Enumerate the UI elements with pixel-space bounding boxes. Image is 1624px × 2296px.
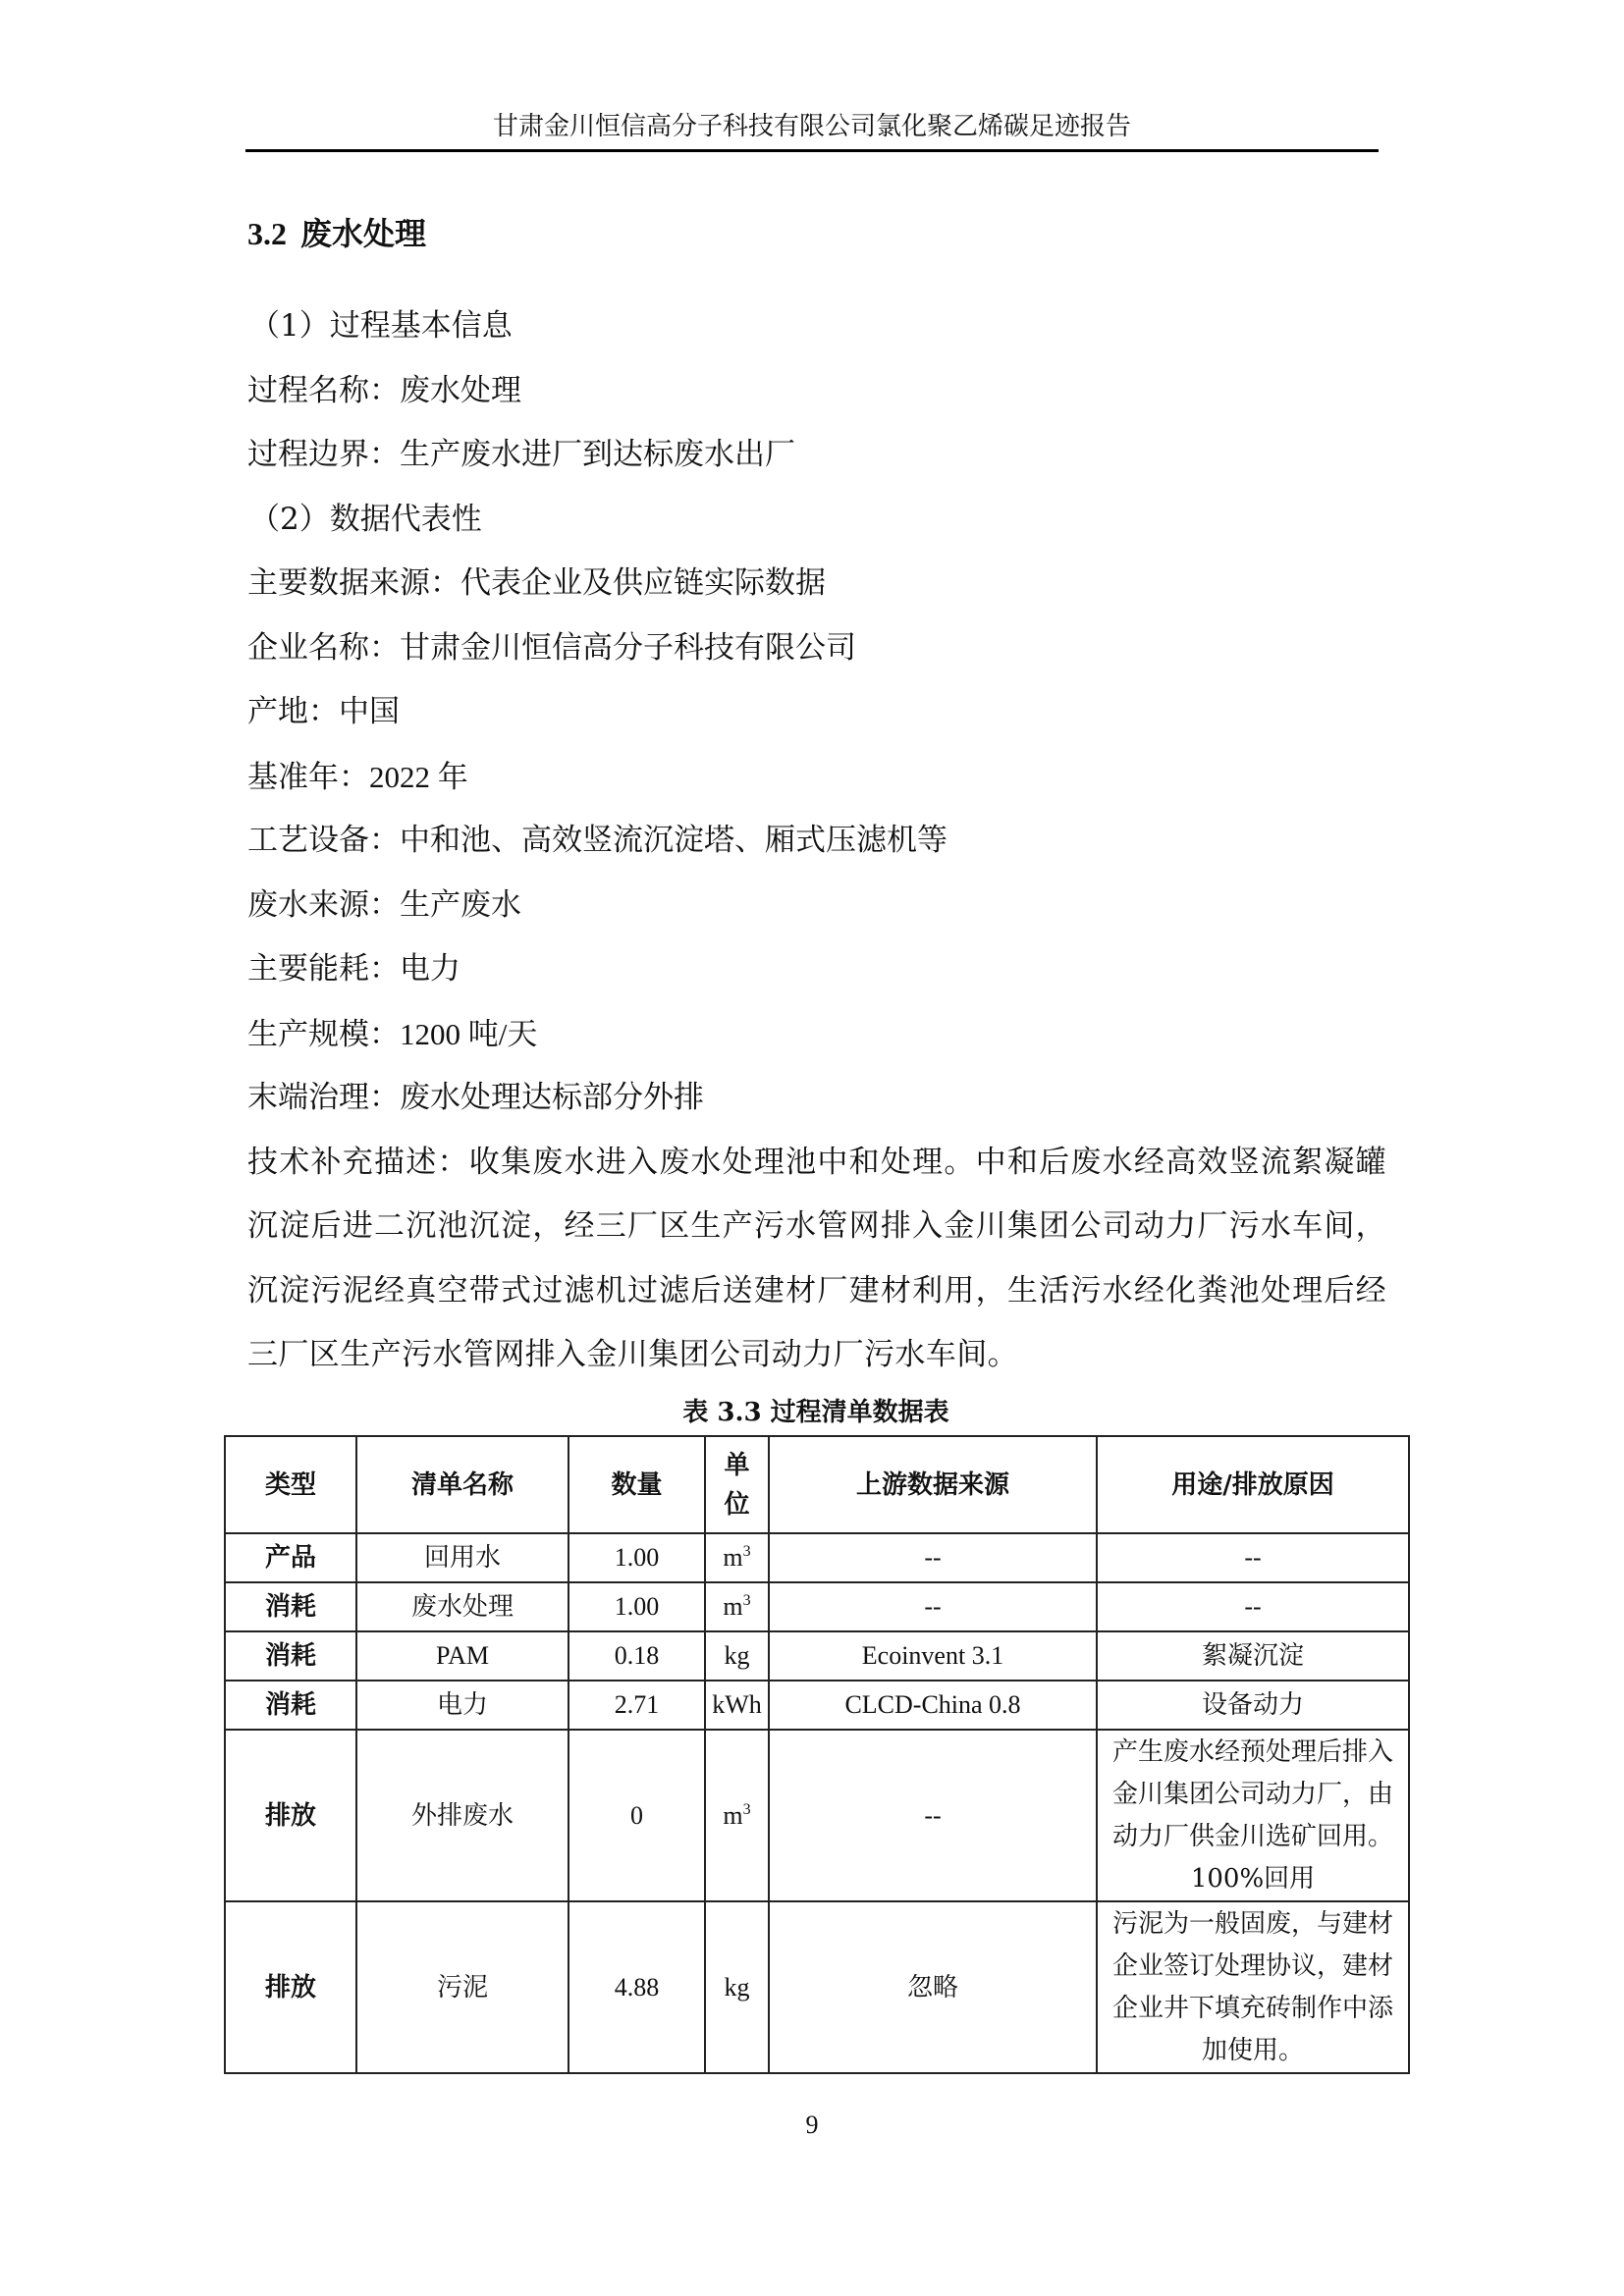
cell-unit: m3: [705, 1730, 769, 1901]
unit-superscript: 3: [743, 1801, 751, 1818]
cell-quantity: 4.88: [568, 1901, 705, 2073]
field-label: 产地：: [247, 694, 339, 729]
field-scale: 生产规模：1200 吨/天: [247, 1002, 1386, 1067]
cell-quantity: 1.00: [568, 1582, 705, 1631]
field-wastewater-source: 废水来源：生产废水: [247, 874, 1386, 938]
unit-base: m: [723, 1543, 742, 1572]
cell-unit: kg: [705, 1901, 769, 2073]
section-heading: 废水处理: [300, 215, 426, 252]
column-header-reason: 用途/排放原因: [1097, 1436, 1409, 1533]
table-row: 产品 回用水 1.00 m3 -- --: [225, 1533, 1409, 1582]
header-rule: [245, 149, 1379, 152]
field-label: 企业名称：: [247, 630, 400, 666]
table-row: 消耗 PAM 0.18 kg Ecoinvent 3.1 絮凝沉淀: [225, 1631, 1409, 1681]
table-row: 消耗 电力 2.71 kWh CLCD-China 0.8 设备动力: [225, 1681, 1409, 1730]
column-header-source: 上游数据来源: [769, 1436, 1097, 1533]
field-company-name: 企业名称：甘肃金川恒信高分子科技有限公司: [247, 616, 1386, 681]
cell-type: 排放: [225, 1730, 356, 1901]
unit-superscript: 3: [743, 1543, 751, 1560]
field-value: 中和池、高效竖流沉淀塔、厢式压滤机等: [400, 823, 947, 858]
document-body: （1）过程基本信息 过程名称：废水处理 过程边界：生产废水进厂到达标废水出厂 （…: [247, 294, 1386, 1388]
cell-type: 消耗: [225, 1681, 356, 1730]
cell-source: --: [769, 1533, 1097, 1582]
column-header-name: 清单名称: [356, 1436, 568, 1533]
subheading-data-representativeness: （2）数据代表性: [247, 488, 1386, 553]
field-value: 生产废水: [400, 887, 521, 923]
page-number: 9: [0, 2110, 1624, 2140]
section-title: 3.2废水处理: [247, 214, 426, 253]
cell-reason: 产生废水经预处理后排入金川集团公司动力厂，由动力厂供金川选矿回用。100%回用: [1097, 1730, 1409, 1901]
table-header-row: 类型 清单名称 数量 单位 上游数据来源 用途/排放原因: [225, 1436, 1409, 1533]
field-base-year: 基准年：2022 年: [247, 745, 1386, 810]
cell-reason: 污泥为一般固废，与建材企业签订处理协议，建材企业井下填充砖制作中添加使用。: [1097, 1901, 1409, 2073]
cell-type: 产品: [225, 1533, 356, 1582]
field-label: 过程边界：: [247, 437, 400, 472]
cell-quantity: 0.18: [568, 1631, 705, 1681]
process-inventory-table: 类型 清单名称 数量 单位 上游数据来源 用途/排放原因 产品 回用水 1.00…: [224, 1435, 1410, 2074]
cell-reason: 设备动力: [1097, 1681, 1409, 1730]
cell-name: 电力: [356, 1681, 568, 1730]
field-label: 主要能耗：: [247, 951, 400, 987]
line-label: （1）过程基本信息: [249, 308, 513, 344]
field-energy: 主要能耗：电力: [247, 937, 1386, 1002]
field-value: 中国: [339, 694, 400, 729]
cell-source: --: [769, 1730, 1097, 1901]
field-value: 废水处理: [400, 373, 521, 408]
cell-name: 污泥: [356, 1901, 568, 2073]
field-value: 废水处理达标部分外排: [400, 1080, 704, 1115]
field-value: 2022 年: [369, 760, 468, 794]
cell-name: 废水处理: [356, 1582, 568, 1631]
unit-base: m: [723, 1592, 742, 1621]
line-label: （2）数据代表性: [249, 502, 482, 537]
field-value: 1200 吨/天: [400, 1017, 537, 1051]
field-label: 工艺设备：: [247, 823, 400, 858]
subheading-basic-info: （1）过程基本信息: [247, 294, 1386, 359]
field-label: 末端治理：: [247, 1080, 400, 1115]
cell-source: Ecoinvent 3.1: [769, 1631, 1097, 1681]
cell-source: CLCD-China 0.8: [769, 1681, 1097, 1730]
unit-base: kg: [725, 1641, 750, 1670]
field-label: 废水来源：: [247, 887, 400, 923]
cell-quantity: 0: [568, 1730, 705, 1901]
cell-name: PAM: [356, 1631, 568, 1681]
tech-description: 技术补充描述：收集废水进入废水处理池中和处理。中和后废水经高效竖流絮凝罐沉淀后进…: [247, 1131, 1386, 1388]
field-value: 代表企业及供应链实际数据: [460, 565, 826, 601]
table-caption: 表 3.3 过程清单数据表: [224, 1396, 1408, 1429]
cell-unit: m3: [705, 1533, 769, 1582]
cell-type: 消耗: [225, 1631, 356, 1681]
cell-quantity: 2.71: [568, 1681, 705, 1730]
cell-reason: --: [1097, 1533, 1409, 1582]
field-label: 过程名称：: [247, 373, 400, 408]
field-value: 生产废水进厂到达标废水出厂: [400, 437, 795, 472]
cell-unit: kWh: [705, 1681, 769, 1730]
table-row: 排放 外排废水 0 m3 -- 产生废水经预处理后排入金川集团公司动力厂，由动力…: [225, 1730, 1409, 1901]
field-value: 电力: [400, 951, 460, 987]
unit-base: m: [723, 1801, 742, 1830]
cell-unit: m3: [705, 1582, 769, 1631]
field-label: 基准年：: [247, 760, 369, 795]
table-row: 消耗 废水处理 1.00 m3 -- --: [225, 1582, 1409, 1631]
unit-base: kWh: [712, 1690, 762, 1719]
cell-type: 排放: [225, 1901, 356, 2073]
field-origin: 产地：中国: [247, 680, 1386, 745]
cell-name: 回用水: [356, 1533, 568, 1582]
cell-reason: --: [1097, 1582, 1409, 1631]
running-header: 甘肃金川恒信高分子科技有限公司氯化聚乙烯碳足迹报告: [245, 110, 1379, 143]
column-header-unit: 单位: [705, 1436, 769, 1533]
tech-description-label: 技术补充描述：: [247, 1145, 469, 1180]
cell-type: 消耗: [225, 1582, 356, 1631]
field-label: 生产规模：: [247, 1017, 400, 1052]
cell-unit: kg: [705, 1631, 769, 1681]
table-row: 排放 污泥 4.88 kg 忽略 污泥为一般固废，与建材企业签订处理协议，建材企…: [225, 1901, 1409, 2073]
column-header-type: 类型: [225, 1436, 356, 1533]
field-label: 主要数据来源：: [247, 565, 460, 601]
cell-reason: 絮凝沉淀: [1097, 1631, 1409, 1681]
cell-name: 外排废水: [356, 1730, 568, 1901]
cell-source: 忽略: [769, 1901, 1097, 2073]
field-end-treatment: 末端治理：废水处理达标部分外排: [247, 1066, 1386, 1131]
field-value: 甘肃金川恒信高分子科技有限公司: [400, 630, 856, 666]
cell-quantity: 1.00: [568, 1533, 705, 1582]
field-data-source: 主要数据来源：代表企业及供应链实际数据: [247, 552, 1386, 616]
field-equipment: 工艺设备：中和池、高效竖流沉淀塔、厢式压滤机等: [247, 809, 1386, 874]
unit-superscript: 3: [743, 1592, 751, 1609]
field-process-boundary: 过程边界：生产废水进厂到达标废水出厂: [247, 423, 1386, 488]
unit-base: kg: [725, 1973, 750, 2002]
field-process-name: 过程名称：废水处理: [247, 359, 1386, 424]
cell-source: --: [769, 1582, 1097, 1631]
column-header-quantity: 数量: [568, 1436, 705, 1533]
section-number: 3.2: [247, 216, 287, 251]
